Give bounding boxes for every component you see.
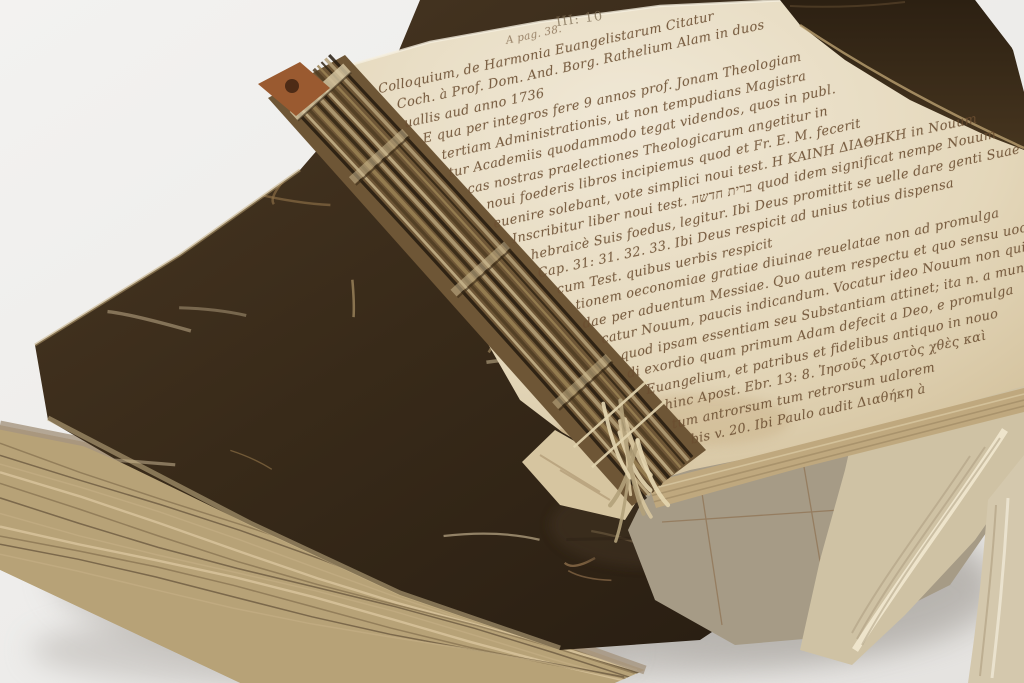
photo-canvas: [0, 0, 1024, 683]
scrap-dark-spot: [285, 79, 299, 93]
photo-of-antique-manuscripts: III: 10 A pag. 38.Colloquium, de Harmoni…: [0, 0, 1024, 683]
